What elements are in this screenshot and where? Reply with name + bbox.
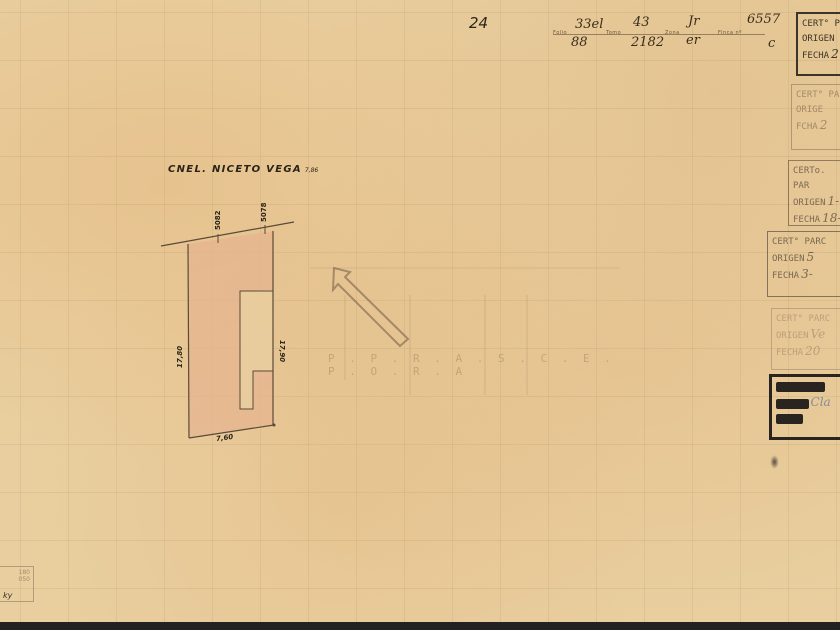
lot-number-5082: 5082 bbox=[214, 211, 222, 230]
lot-number-5078: 5078 bbox=[260, 203, 268, 222]
corner-stamp: 180 050 ky bbox=[0, 566, 34, 602]
survey-document-sheet: 24 Folio Tomo Zona Finca nº 33el 43 Jr 6… bbox=[0, 0, 840, 622]
ink-smudge bbox=[770, 455, 779, 469]
north-arrow bbox=[333, 268, 408, 346]
certificate-stamp-4: CERT° PARC ORIGEN5 FECHA3- bbox=[767, 231, 840, 297]
certificate-stamp-6-smudged: CERT° PAR ORIGENCla FECHA bbox=[769, 374, 840, 440]
lot-plan-drawing bbox=[0, 0, 840, 622]
faded-typed-text: P . P . R . A . S . C . E . P . O . R . … bbox=[328, 352, 633, 382]
certificate-stamp-2: CERT° PA ORIGE FCHA2 bbox=[791, 84, 840, 150]
corner-signature: ky bbox=[3, 591, 30, 600]
certificate-stamp-1: CERT° P ORIGEN FECHA2 bbox=[796, 12, 840, 76]
certificate-stamp-3: CERTo. PAR ORIGEN1- FECHA18- bbox=[788, 160, 840, 226]
left-side-dimension: 17,80 bbox=[176, 346, 184, 368]
right-side-dimension: 17,90 bbox=[278, 340, 286, 362]
certificate-stamp-5: CERT° PARC ORIGENVe FECHA20 bbox=[771, 308, 840, 370]
scan-bottom-edge bbox=[0, 622, 840, 630]
